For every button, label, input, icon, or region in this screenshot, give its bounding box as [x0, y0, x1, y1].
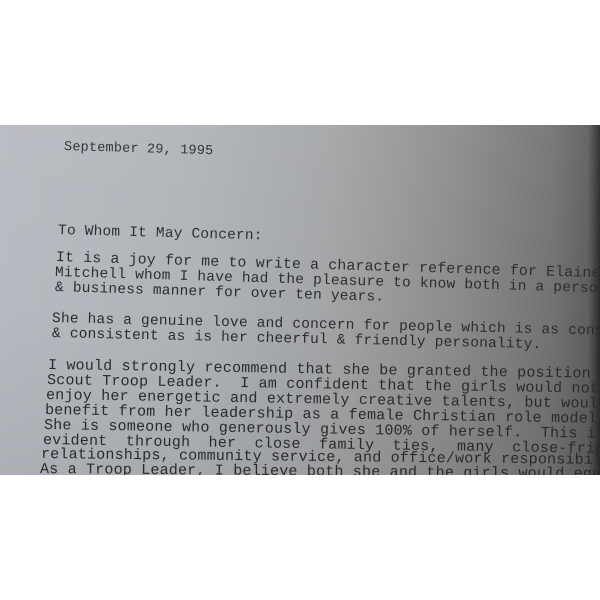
letter-photo: September 29, 1995 To Whom It May Concer…	[0, 125, 600, 475]
letter-date: September 29, 1995	[64, 140, 214, 159]
letter-salutation: To Whom It May Concern:	[58, 223, 263, 244]
